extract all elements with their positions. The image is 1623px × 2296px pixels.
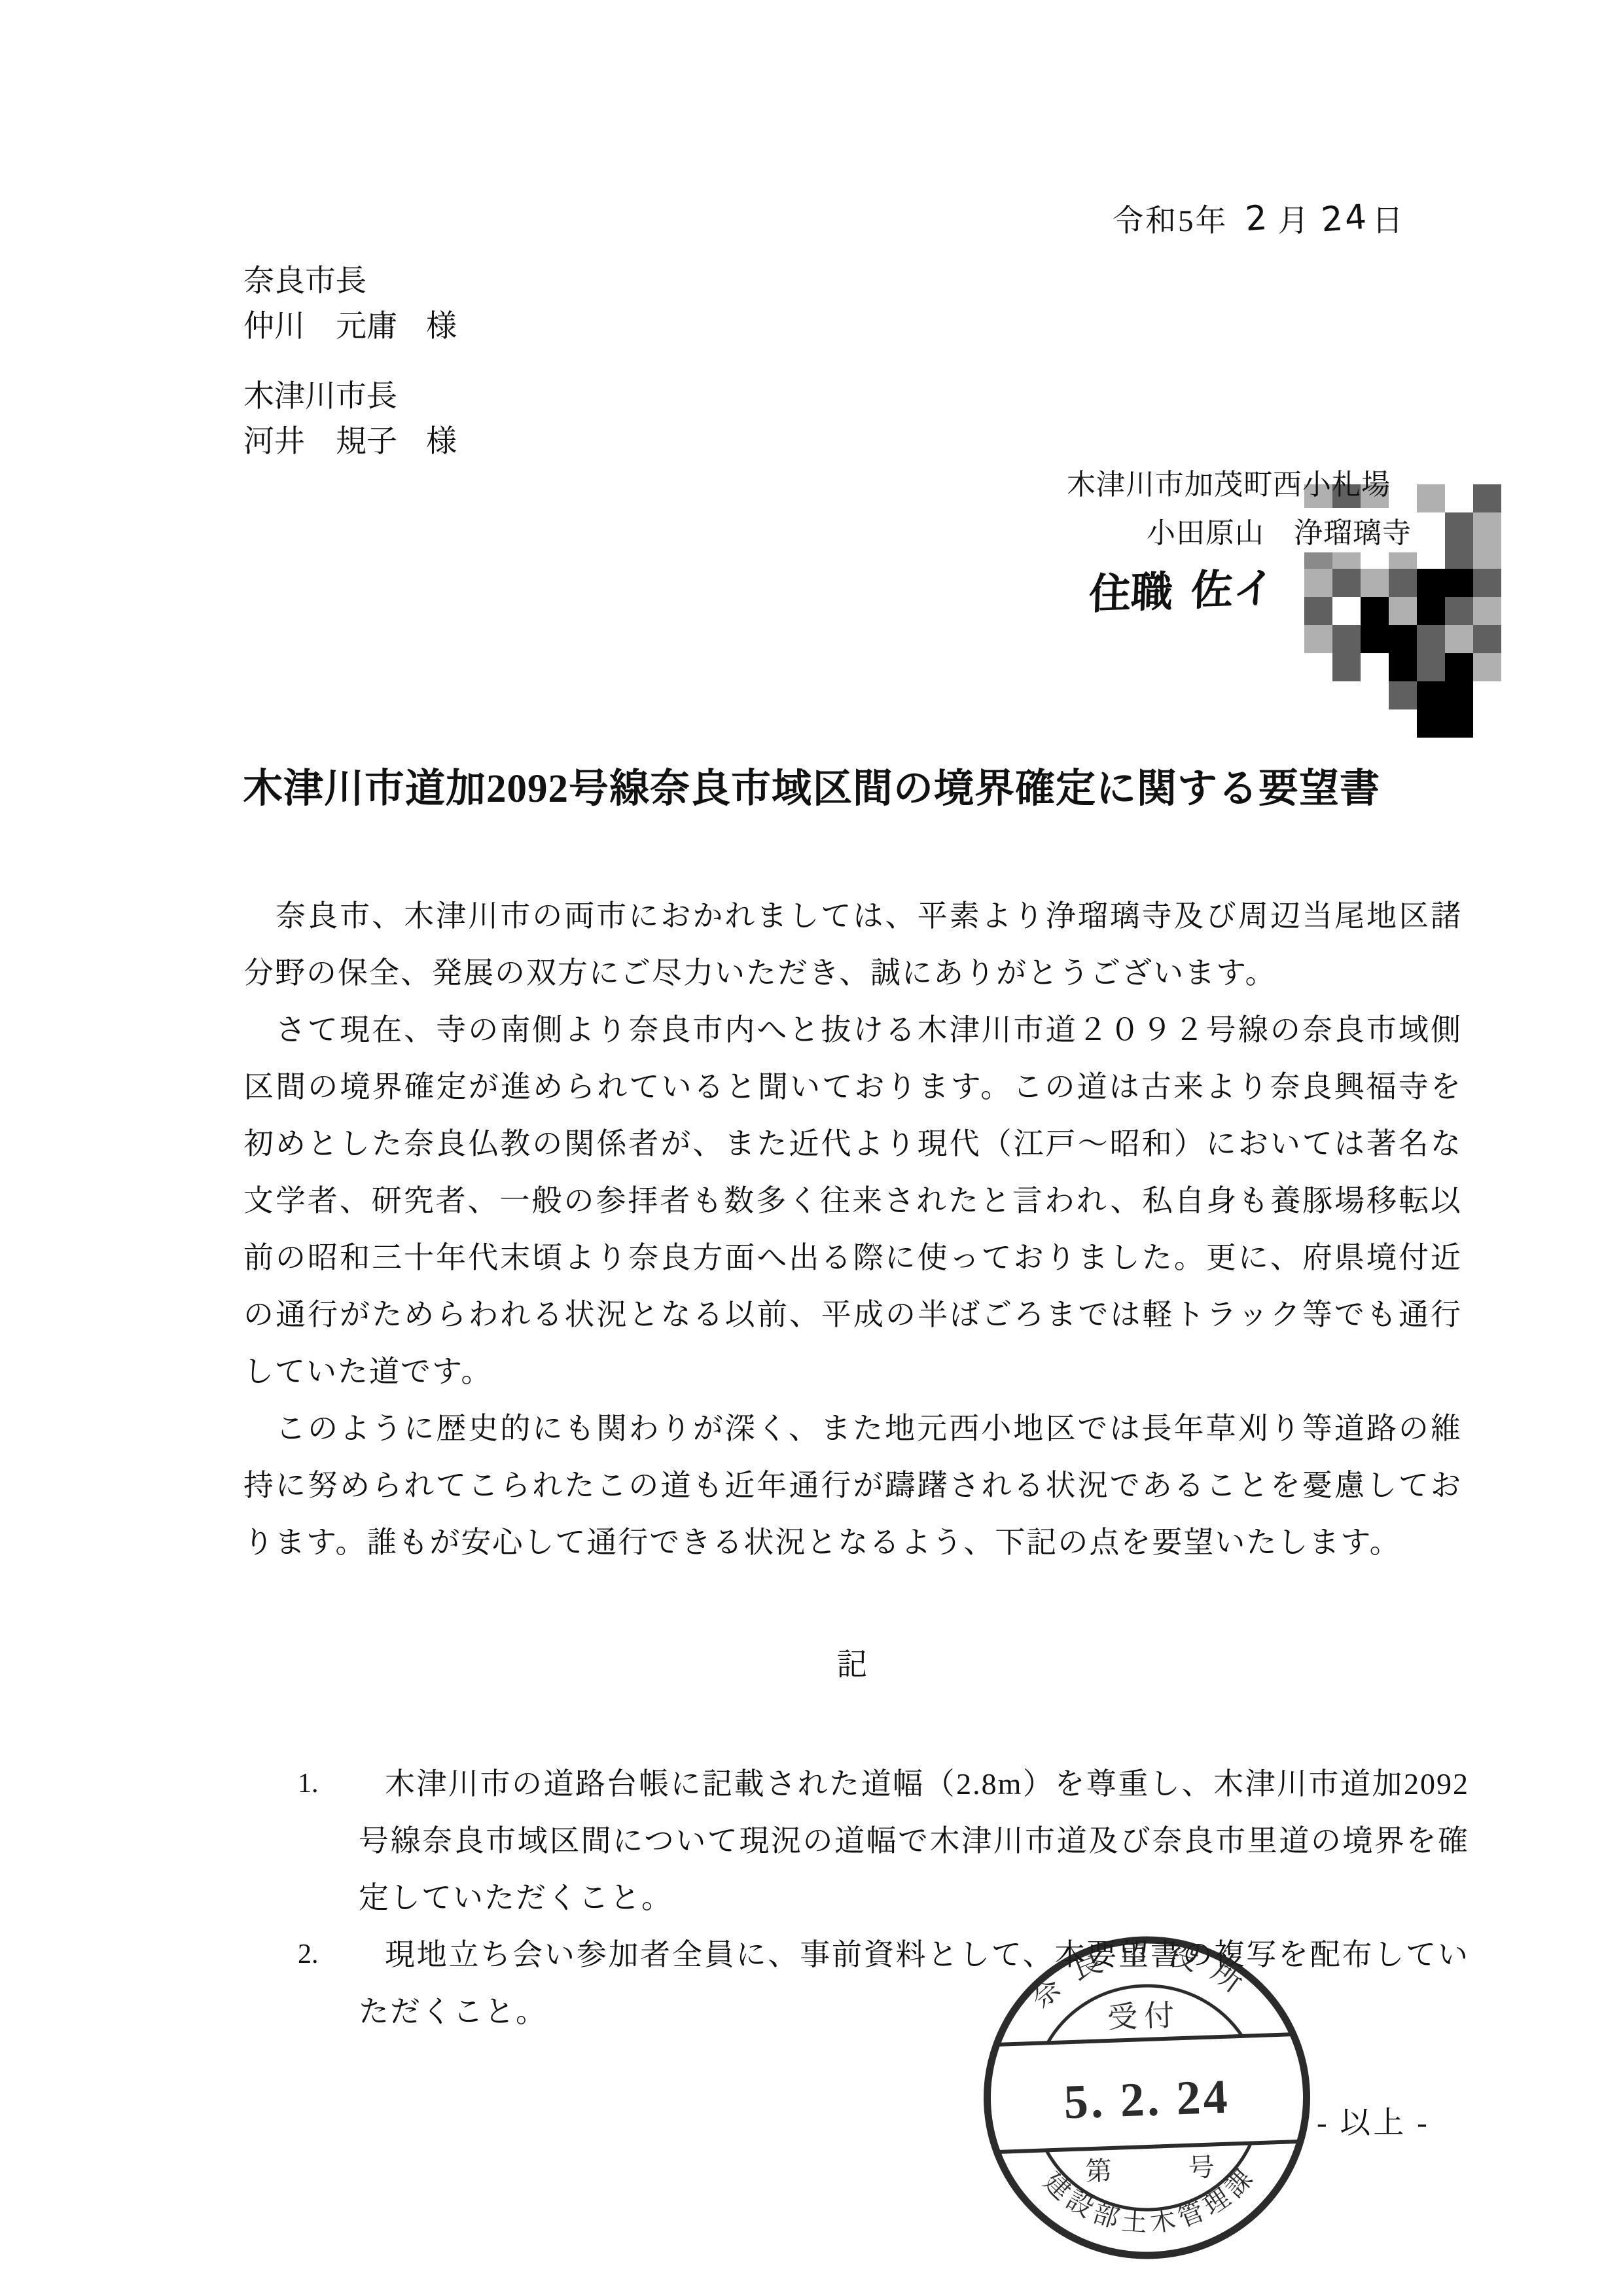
request-text: 木津川市の道路台帳に記載された道幅（2.8m）を尊重し、木津川市道加2092号線…	[359, 1755, 1469, 1926]
redaction-cell	[1389, 625, 1417, 653]
recipient-title: 木津川市長	[243, 374, 457, 420]
redaction-cell	[1473, 512, 1501, 541]
redaction-cell	[1445, 541, 1473, 569]
sender-temple: 小田原山 浄瑠璃寺	[1147, 508, 1417, 552]
stamp-no-prefix: 第	[1085, 2156, 1113, 2186]
redaction-cell	[1304, 597, 1332, 625]
recipient-name-line: 仲川 元庸様	[243, 304, 457, 350]
redaction-cell	[1473, 597, 1501, 625]
redaction-cell	[1332, 569, 1361, 597]
redaction-cell	[1473, 484, 1501, 512]
recipient-name: 河井 規子	[243, 425, 397, 459]
redaction-cell	[1473, 681, 1501, 709]
request-item-1: 1. 木津川市の道路台帳に記載された道幅（2.8m）を尊重し、木津川市道加209…	[298, 1755, 1469, 1926]
redaction-cell	[1445, 597, 1473, 625]
redaction-cell	[1361, 625, 1389, 653]
section-marker-ki: 記	[243, 1640, 1462, 1684]
redaction-cell	[1417, 597, 1445, 625]
redaction-cell	[1473, 541, 1501, 569]
request-number: 2.	[298, 1926, 359, 1983]
stamp-no-suffix: 号	[1188, 2152, 1215, 2182]
redaction-cell	[1445, 625, 1473, 653]
paragraph-concern: このように歴史的にも関わりが深く、また地元西小地区では長年草刈り等道路の維持に努…	[243, 1400, 1462, 1571]
redaction-cell	[1445, 512, 1473, 541]
redaction-cell	[1417, 484, 1445, 512]
redaction-cell	[1332, 709, 1361, 738]
redaction-cell	[1445, 653, 1473, 681]
recipient-honorific: 様	[426, 425, 457, 459]
request-number: 1.	[298, 1755, 359, 1812]
date-day-unit: 日	[1372, 204, 1405, 238]
redaction-cell	[1304, 625, 1332, 653]
stamp-label-uketsuke: 受付	[1107, 1998, 1181, 2034]
signature-role: 住職	[1088, 568, 1173, 618]
stamp-band-top-line	[997, 2034, 1293, 2045]
redaction-cell	[1361, 653, 1389, 681]
date-line: 令和5年2月24日	[1113, 196, 1405, 240]
redaction-cell	[1389, 681, 1417, 709]
redaction-cell	[1389, 597, 1417, 625]
paragraph-greeting: 奈良市、木津川市の両市におかれましては、平素より浄瑠璃寺及び周辺当尾地区諸分野の…	[243, 888, 1462, 1001]
date-month-unit: 月	[1278, 204, 1311, 238]
recipient-name-line: 河井 規子様	[243, 420, 457, 465]
reception-stamp-svg: 奈良市役所 受付 5. 2. 24 第 号 建設部土木管理課	[976, 1929, 1317, 2266]
redaction-cell	[1473, 625, 1501, 653]
redaction-cell	[1417, 512, 1445, 541]
redaction-cell	[1332, 625, 1361, 653]
date-month-handwritten: 2	[1243, 198, 1270, 239]
closing-ijou: - 以上 -	[1317, 2098, 1430, 2142]
recipients-block: 奈良市長 仲川 元庸様 木津川市長 河井 規子様	[243, 259, 457, 490]
recipient-nara: 奈良市長 仲川 元庸様	[243, 259, 457, 350]
redaction-cell	[1445, 709, 1473, 738]
recipient-kizugawa: 木津川市長 河井 規子様	[243, 374, 457, 465]
redaction-cell	[1332, 653, 1361, 681]
redaction-cell	[1304, 569, 1332, 597]
redaction-cell	[1473, 709, 1501, 738]
sender-address: 木津川市加茂町西小札場	[1067, 461, 1391, 503]
redaction-cell	[1417, 541, 1445, 569]
recipient-title: 奈良市長	[243, 259, 457, 304]
redaction-cell	[1417, 709, 1445, 738]
redaction-cell	[1304, 709, 1332, 738]
redaction-cell	[1361, 569, 1389, 597]
redaction-cell	[1332, 681, 1361, 709]
paragraph-history: さて現在、寺の南側より奈良市内へと抜ける木津川市道２０９２号線の奈良市域側区間の…	[243, 1001, 1462, 1400]
stamp-date: 5. 2. 24	[1063, 2070, 1231, 2130]
signature-partial-stroke: イ	[1232, 565, 1275, 613]
redaction-cell	[1445, 484, 1473, 512]
redaction-cell	[1332, 597, 1361, 625]
scanned-request-letter: 令和5年2月24日 奈良市長 仲川 元庸様 木津川市長 河井 規子様 木津川市加…	[0, 0, 1623, 2296]
date-day-handwritten: 24	[1319, 198, 1369, 240]
stamp-band-bottom-line	[997, 2142, 1300, 2152]
redaction-cell	[1361, 597, 1389, 625]
sender-signature-handwritten: 住職佐イ	[1088, 554, 1275, 621]
body-text: 奈良市、木津川市の両市におかれましては、平素より浄瑠璃寺及び周辺当尾地区諸分野の…	[243, 888, 1462, 1571]
redaction-cell	[1389, 709, 1417, 738]
redaction-cell	[1417, 625, 1445, 653]
redaction-cell	[1445, 569, 1473, 597]
reception-stamp: 奈良市役所 受付 5. 2. 24 第 号 建設部土木管理課	[976, 1929, 1317, 2266]
date-era-year: 令和5年	[1113, 204, 1228, 238]
redaction-cell	[1417, 569, 1445, 597]
redaction-cell	[1445, 681, 1473, 709]
recipient-name: 仲川 元庸	[243, 310, 397, 344]
redaction-cell	[1473, 569, 1501, 597]
document-title: 木津川市道加2092号線奈良市域区間の境界確定に関する要望書	[0, 757, 1623, 814]
redaction-cell	[1389, 653, 1417, 681]
redaction-cell	[1361, 709, 1389, 738]
redaction-cell	[1361, 681, 1389, 709]
redaction-cell	[1304, 653, 1332, 681]
redaction-cell	[1389, 569, 1417, 597]
redaction-cell	[1473, 653, 1501, 681]
recipient-honorific: 様	[426, 310, 457, 344]
redaction-cell	[1304, 681, 1332, 709]
redaction-cell	[1417, 681, 1445, 709]
redaction-cell	[1417, 653, 1445, 681]
signature-name: 佐	[1190, 566, 1234, 614]
